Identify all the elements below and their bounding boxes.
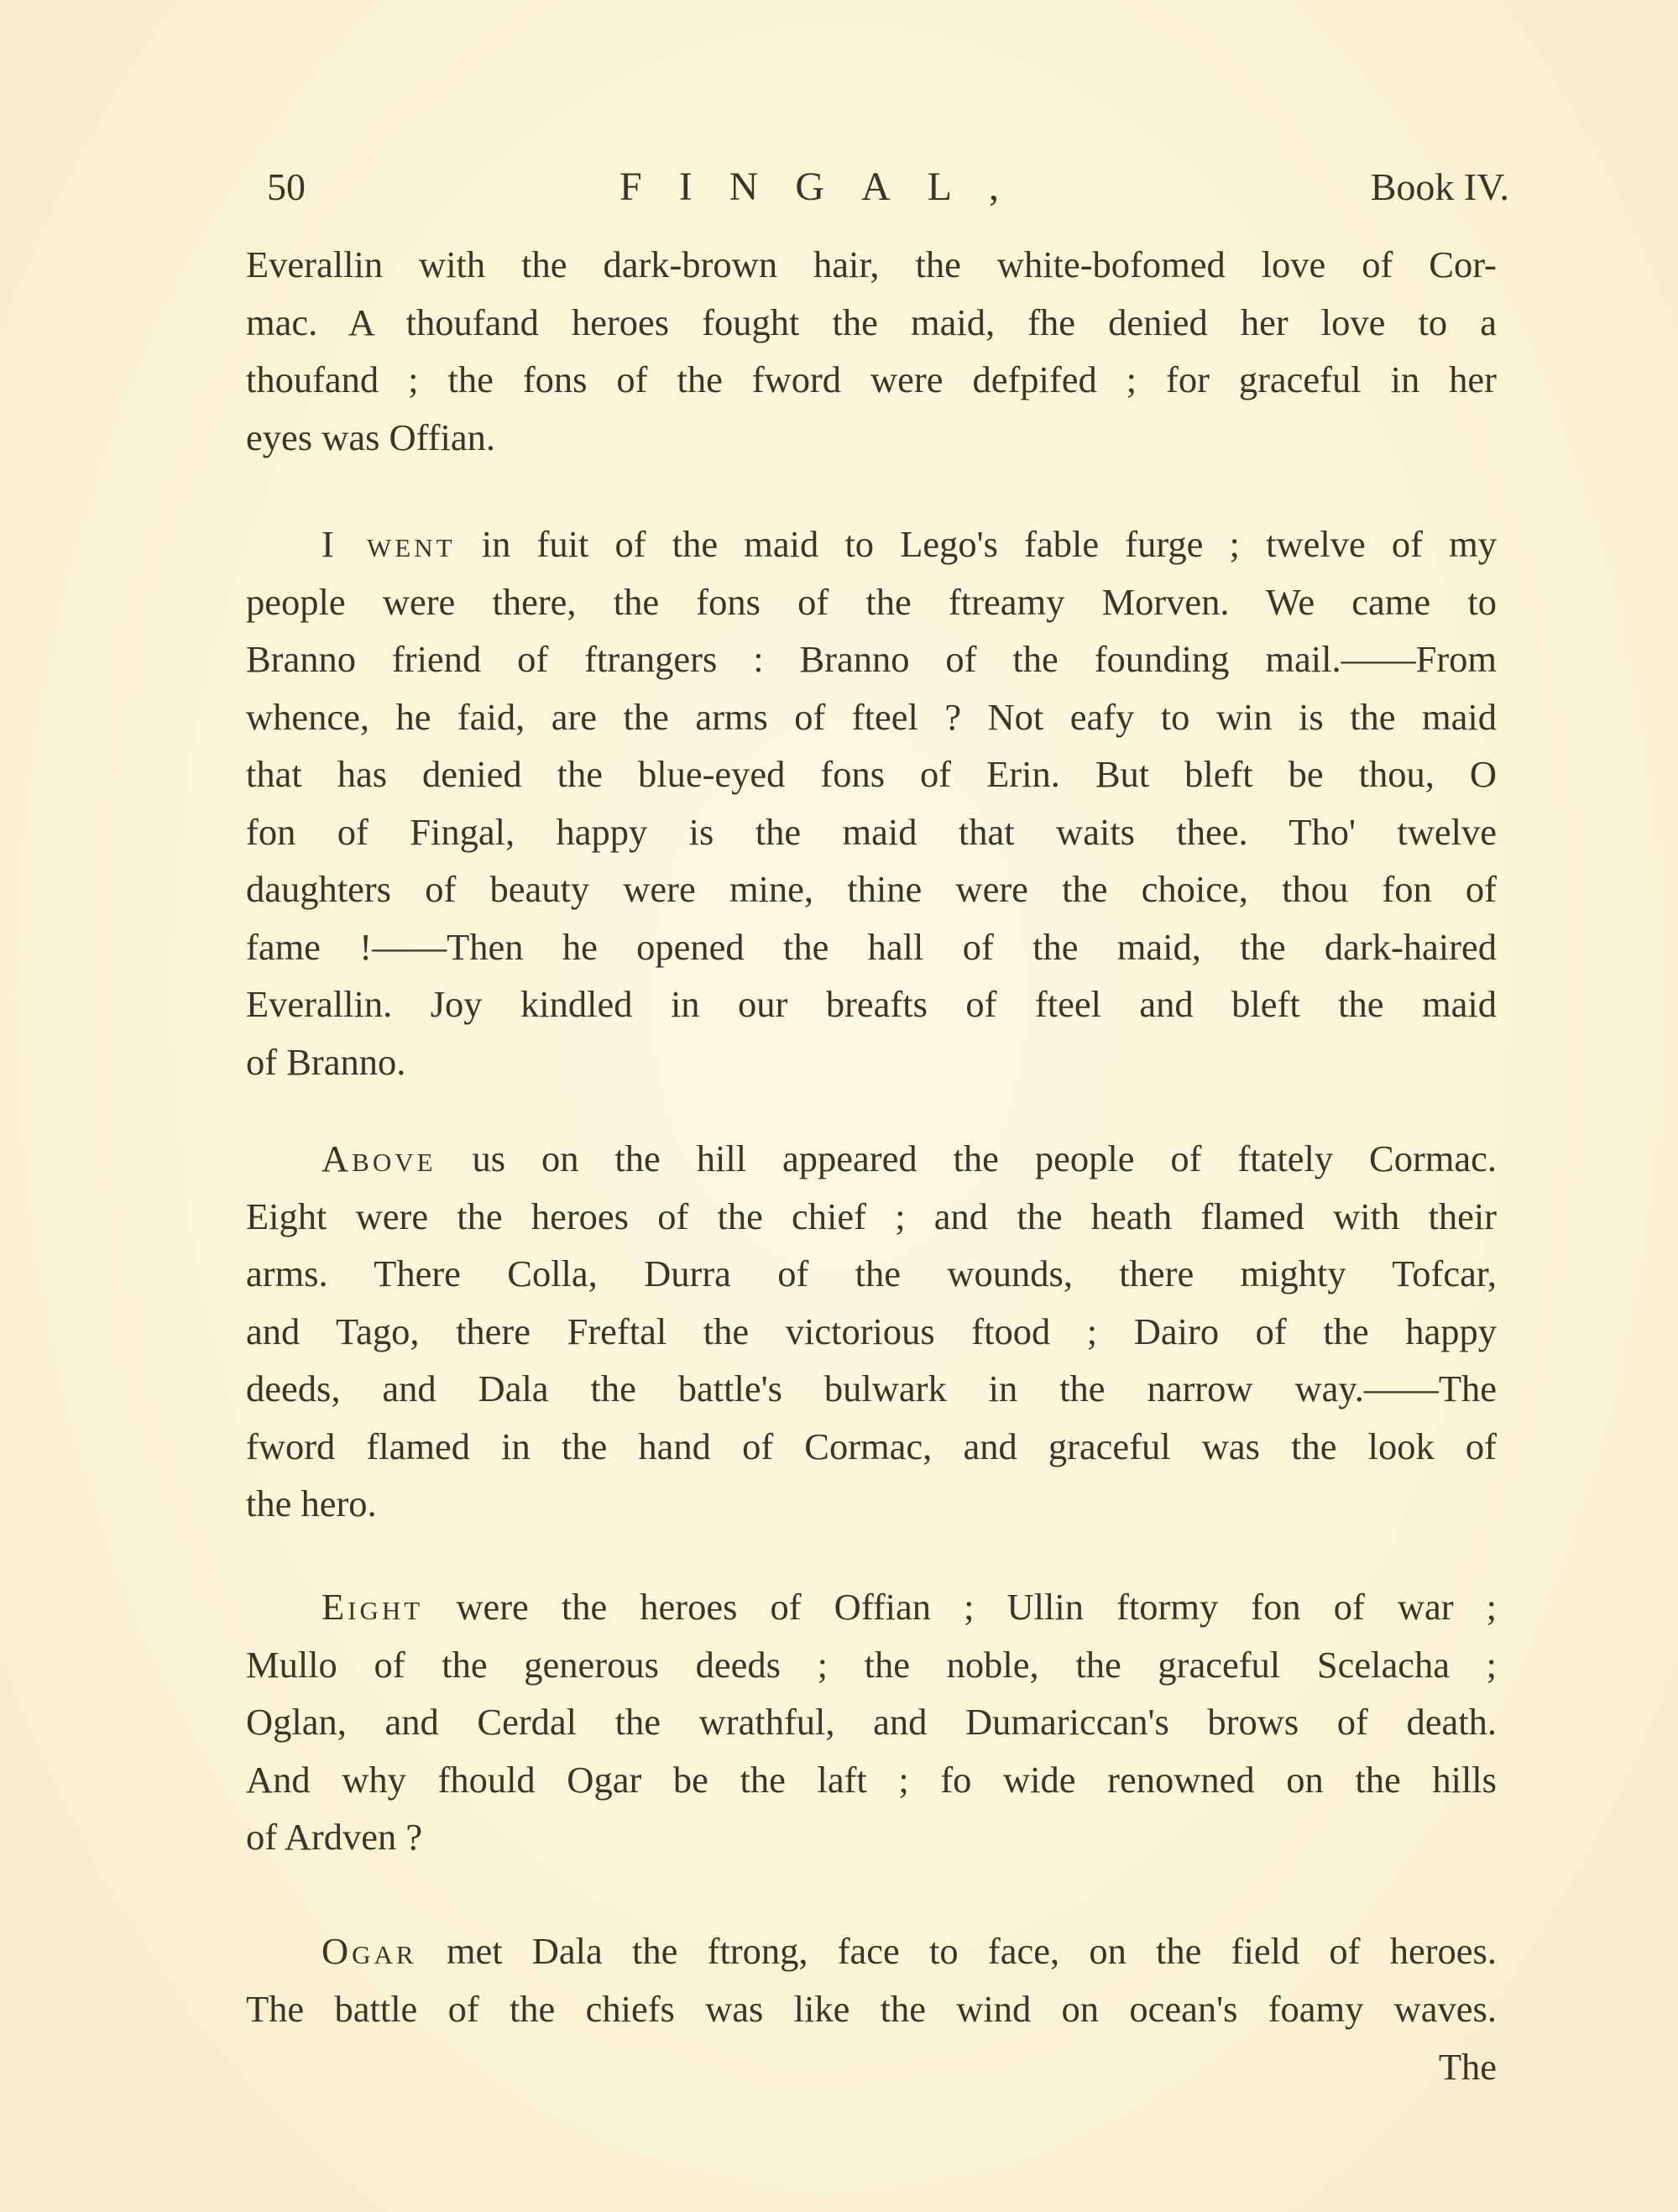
running-title: FINGAL,: [619, 158, 1036, 217]
text-line: eyes was Offian.: [246, 409, 1497, 467]
text-line: Eight were the heroes of the chief ; and…: [246, 1188, 1497, 1246]
text-line: and Tago, there Freftal the victorious f…: [246, 1303, 1497, 1361]
text-line: Mullo of the generous deeds ; the noble,…: [246, 1636, 1497, 1694]
text-line-first: Eight were the heroes of Offian ; Ullin …: [246, 1578, 1497, 1636]
text-line: And why fhould Ogar be the laft ; fo wid…: [246, 1751, 1497, 1809]
text-line: deeds, and Dala the battle's bulwark in …: [246, 1360, 1497, 1418]
text-line: people were there, the fons of the ftrea…: [246, 573, 1497, 631]
text-line: Branno friend of ftrangers : Branno of t…: [246, 630, 1497, 688]
text-line: fword flamed in the hand of Cormac, and …: [246, 1418, 1497, 1476]
text-line: of Ardven ?: [246, 1808, 1497, 1866]
small-caps-lead: Ogar: [321, 1930, 417, 1972]
text-line: daughters of beauty were mine, thine wer…: [246, 860, 1497, 918]
running-head: 50 FINGAL, Book IV.: [267, 158, 1509, 217]
text-line-first: Ogar met Dala the ftrong, face to face, …: [246, 1922, 1497, 1980]
small-caps-lead: Eight: [321, 1586, 423, 1628]
text-line: whence, he faid, are the arms of fteel ?…: [246, 688, 1497, 746]
text-line-first: I went in fuit of the maid to Lego's fab…: [246, 515, 1497, 573]
text-line: mac. A thoufand heroes fought the maid, …: [246, 294, 1497, 352]
text-line: Oglan, and Cerdal the wrathful, and Duma…: [246, 1693, 1497, 1751]
text-line: of Branno.: [246, 1033, 1497, 1091]
text-line: thoufand ; the fons of the fword were de…: [246, 351, 1497, 409]
catchword: The: [1439, 2038, 1497, 2096]
paragraph-5: Ogar met Dala the ftrong, face to face, …: [246, 1922, 1497, 2037]
paragraph-3: Above us on the hill appeared the people…: [246, 1130, 1497, 1533]
text-line: that has denied the blue-eyed fons of Er…: [246, 745, 1497, 803]
text-line-rest: in fuit of the maid to Lego's fable furg…: [482, 523, 1497, 565]
text-line: the hero.: [246, 1475, 1497, 1533]
book-label: Book IV.: [1371, 158, 1509, 217]
text-line: fame !——Then he opened the hall of the m…: [246, 918, 1497, 976]
small-caps-lead: I went: [321, 523, 456, 565]
text-line-rest: met Dala the ftrong, face to face, on th…: [447, 1930, 1497, 1972]
small-caps-lead: Above: [321, 1137, 436, 1179]
paragraph-1: Everallin with the dark-brown hair, the …: [246, 236, 1497, 466]
text-line: arms. There Colla, Durra of the wounds, …: [246, 1245, 1497, 1303]
page-number: 50: [267, 158, 306, 217]
text-line: fon of Fingal, happy is the maid that wa…: [246, 803, 1497, 861]
text-line-first: Above us on the hill appeared the people…: [246, 1130, 1497, 1188]
book-page: 50 FINGAL, Book IV. Everallin with the d…: [0, 0, 1678, 2212]
paragraph-2: I went in fuit of the maid to Lego's fab…: [246, 515, 1497, 1090]
text-line-rest: were the heroes of Offian ; Ullin ftormy…: [456, 1586, 1497, 1628]
text-line: Everallin. Joy kindled in our breafts of…: [246, 975, 1497, 1033]
paragraph-4: Eight were the heroes of Offian ; Ullin …: [246, 1578, 1497, 1866]
text-line: The battle of the chiefs was like the wi…: [246, 1980, 1497, 2038]
text-line-rest: us on the hill appeared the people of ft…: [472, 1137, 1497, 1179]
text-line: Everallin with the dark-brown hair, the …: [246, 236, 1497, 294]
